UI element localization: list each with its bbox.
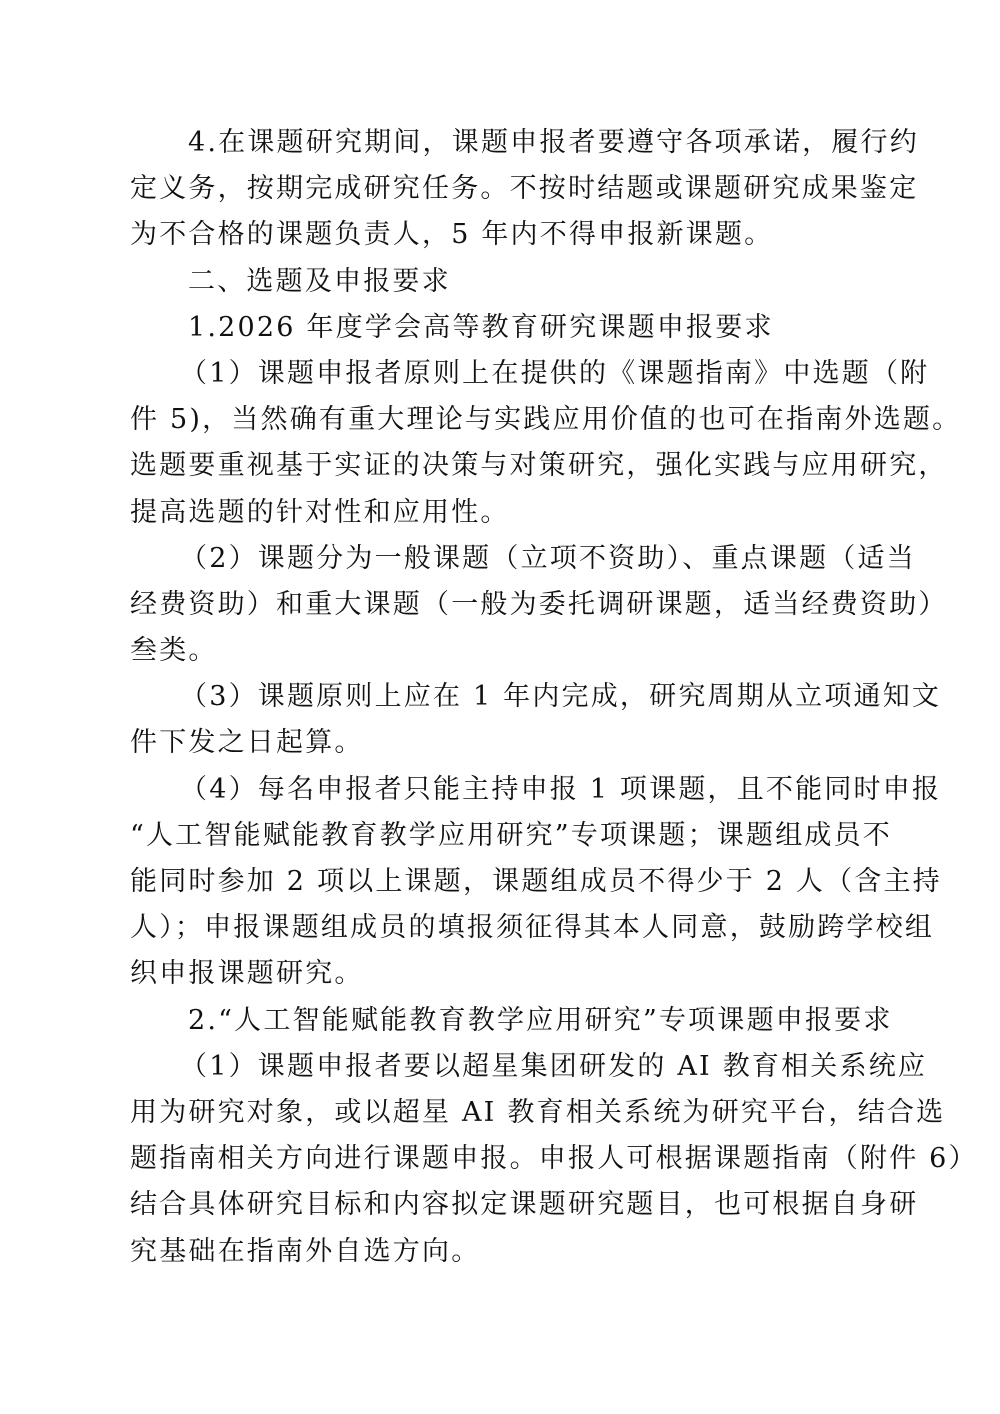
text-line: 提高选题的针对性和应用性。 (130, 490, 872, 536)
text-line: 人）；申报课题组成员的填报须征得其本人同意，鼓励跨学校组 (130, 905, 872, 951)
subsection-heading-2: 2.“人工智能赋能教育教学应用研究”专项课题申报要求 (130, 998, 872, 1044)
text-line: 选题要重视基于实证的决策与对策研究，强化实践与应用研究， (130, 443, 872, 489)
paragraph-item-4: 4.在课题研究期间，课题申报者要遵守各项承诺，履行约 定义务，按期完成研究任务。… (130, 120, 872, 259)
text-line: 题指南相关方向进行课题申报。申报人可根据课题指南（附件 6） (130, 1136, 872, 1182)
text-line: 能同时参加 2 项以上课题，课题组成员不得少于 2 人（含主持 (130, 859, 872, 905)
text-line: 织申报课题研究。 (130, 951, 872, 997)
section-heading: 二、选题及申报要求 (130, 259, 872, 305)
text-line: 为不合格的课题负责人，5 年内不得申报新课题。 (130, 212, 872, 258)
text-line: 4.在课题研究期间，课题申报者要遵守各项承诺，履行约 (130, 120, 872, 166)
subsection-heading-1: 1.2026 年度学会高等教育研究课题申报要求 (130, 305, 872, 351)
special-requirement-item-1: （1）课题申报者要以超星集团研发的 AI 教育相关系统应 用为研究对象，或以超星… (130, 1044, 872, 1275)
text-line: 经费资助）和重大课题（一般为委托调研课题，适当经费资助） (130, 582, 872, 628)
heading-text: 二、选题及申报要求 (130, 259, 872, 305)
text-line: 结合具体研究目标和内容拟定课题研究题目，也可根据自身研 (130, 1182, 872, 1228)
text-line: （1）课题申报者原则上在提供的《课题指南》中选题（附 (130, 351, 872, 397)
text-line: 究基础在指南外自选方向。 (130, 1229, 872, 1275)
requirement-item-2: （2）课题分为一般课题（立项不资助）、重点课题（适当 经费资助）和重大课题（一般… (130, 536, 872, 675)
heading-text: 1.2026 年度学会高等教育研究课题申报要求 (130, 305, 872, 351)
text-line: （3）课题原则上应在 1 年内完成，研究周期从立项通知文 (130, 674, 872, 720)
heading-text: 2.“人工智能赋能教育教学应用研究”专项课题申报要求 (130, 998, 872, 1044)
text-line: （2）课题分为一般课题（立项不资助）、重点课题（适当 (130, 536, 872, 582)
text-line: 定义务，按期完成研究任务。不按时结题或课题研究成果鉴定 (130, 166, 872, 212)
text-line: 件 5)，当然确有重大理论与实践应用价值的也可在指南外选题。 (130, 397, 872, 443)
document-page: 4.在课题研究期间，课题申报者要遵守各项承诺，履行约 定义务，按期完成研究任务。… (130, 120, 872, 1275)
text-line: 件下发之日起算。 (130, 720, 872, 766)
text-line: 用为研究对象，或以超星 AI 教育相关系统为研究平台，结合选 (130, 1090, 872, 1136)
text-line: 叁类。 (130, 628, 872, 674)
text-line: （4）每名申报者只能主持申报 1 项课题，且不能同时申报 (130, 767, 872, 813)
text-line: “人工智能赋能教育教学应用研究”专项课题；课题组成员不 (130, 813, 872, 859)
requirement-item-3: （3）课题原则上应在 1 年内完成，研究周期从立项通知文 件下发之日起算。 (130, 674, 872, 766)
requirement-item-1: （1）课题申报者原则上在提供的《课题指南》中选题（附 件 5)，当然确有重大理论… (130, 351, 872, 536)
text-line: （1）课题申报者要以超星集团研发的 AI 教育相关系统应 (130, 1044, 872, 1090)
requirement-item-4: （4）每名申报者只能主持申报 1 项课题，且不能同时申报 “人工智能赋能教育教学… (130, 767, 872, 998)
